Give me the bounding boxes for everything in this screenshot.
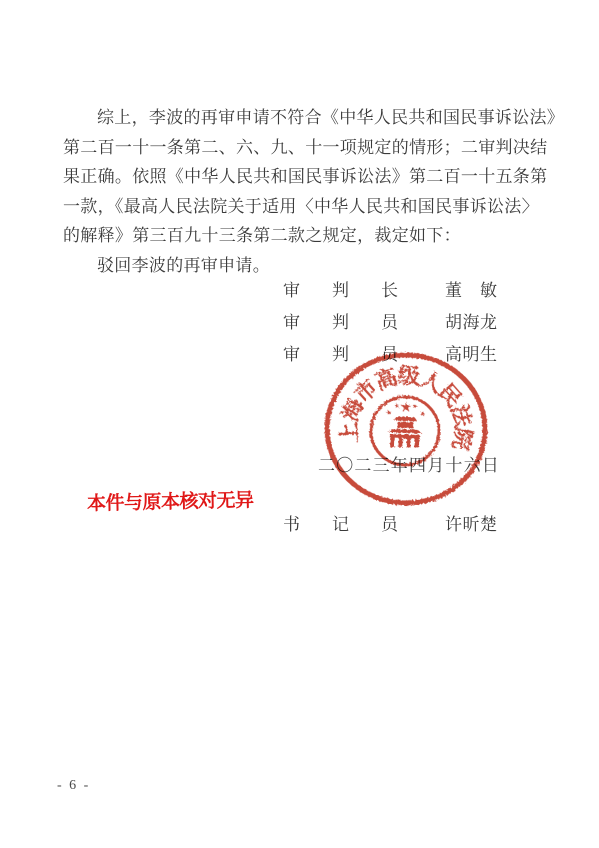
paragraph-line: 综上，李波的再审申请不符合《中华人民共和国民事诉讼法》 xyxy=(63,103,555,133)
verification-stamp: 本件与原本核对无异 xyxy=(87,489,254,516)
judge-title: 审判员 xyxy=(283,313,430,332)
paragraph-line: 的解释》第三百九十三条第二款之规定，裁定如下： xyxy=(63,221,555,251)
signature-row-presiding-judge: 审判长 董 敏 xyxy=(283,280,553,302)
ruling-paragraph: 综上，李波的再审申请不符合《中华人民共和国民事诉讼法》 第二百一十一条第二、六、… xyxy=(63,103,555,280)
court-seal-graphic: 上海市高级人民法院 xyxy=(317,346,495,516)
signature-row-clerk: 书记员 许昕楚 xyxy=(283,514,553,536)
judge-name: 董 敏 xyxy=(445,280,498,302)
judge-name: 胡海龙 xyxy=(445,312,498,334)
page-number: - 6 - xyxy=(57,778,90,794)
paragraph-line: 第二百一十一条第二、六、九、十一项规定的情形；二审判决结 xyxy=(63,133,555,163)
court-ruling-page: 综上，李波的再审申请不符合《中华人民共和国民事诉讼法》 第二百一十一条第二、六、… xyxy=(0,0,599,848)
judge-title: 审判长 xyxy=(283,281,430,300)
signature-row-judge: 审判员 胡海龙 xyxy=(283,312,553,334)
clerk-title: 书记员 xyxy=(283,515,430,534)
paragraph-line: 果正确。依照《中华人民共和国民事诉讼法》第二百一十五条第 xyxy=(63,162,555,192)
paragraph-line: 一款，《最高人民法院关于适用〈中华人民共和国民事诉讼法〉 xyxy=(63,192,555,222)
national-emblem-icon xyxy=(370,396,440,466)
court-seal: 上海市高级人民法院 xyxy=(317,346,495,516)
ruling-statement: 驳回李波的再审申请。 xyxy=(63,251,555,281)
clerk-name: 许昕楚 xyxy=(445,514,498,536)
